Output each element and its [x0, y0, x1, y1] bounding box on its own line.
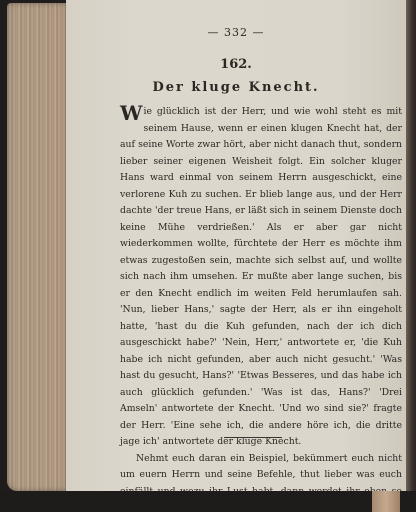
page-stack-edge [7, 3, 67, 491]
book-cover-edge [406, 0, 416, 512]
story-title: Der kluge Knecht. [66, 80, 406, 95]
book-page: — 332 — 162. Der kluge Knecht. Wie glück… [66, 0, 406, 491]
bookmark-strip [372, 491, 400, 512]
drop-cap: W [120, 105, 142, 121]
paragraph-1: Wie glücklich ist der Herr, und wie wohl… [120, 104, 402, 451]
background-shadow [0, 491, 416, 512]
story-body: Wie glücklich ist der Herr, und wie wohl… [120, 104, 402, 512]
paragraph-1-text: ie glücklich ist der Herr, und wie wohl … [120, 106, 402, 447]
section-divider [224, 437, 282, 438]
page-number: — 332 — [66, 26, 406, 39]
story-number: 162. [66, 57, 406, 72]
